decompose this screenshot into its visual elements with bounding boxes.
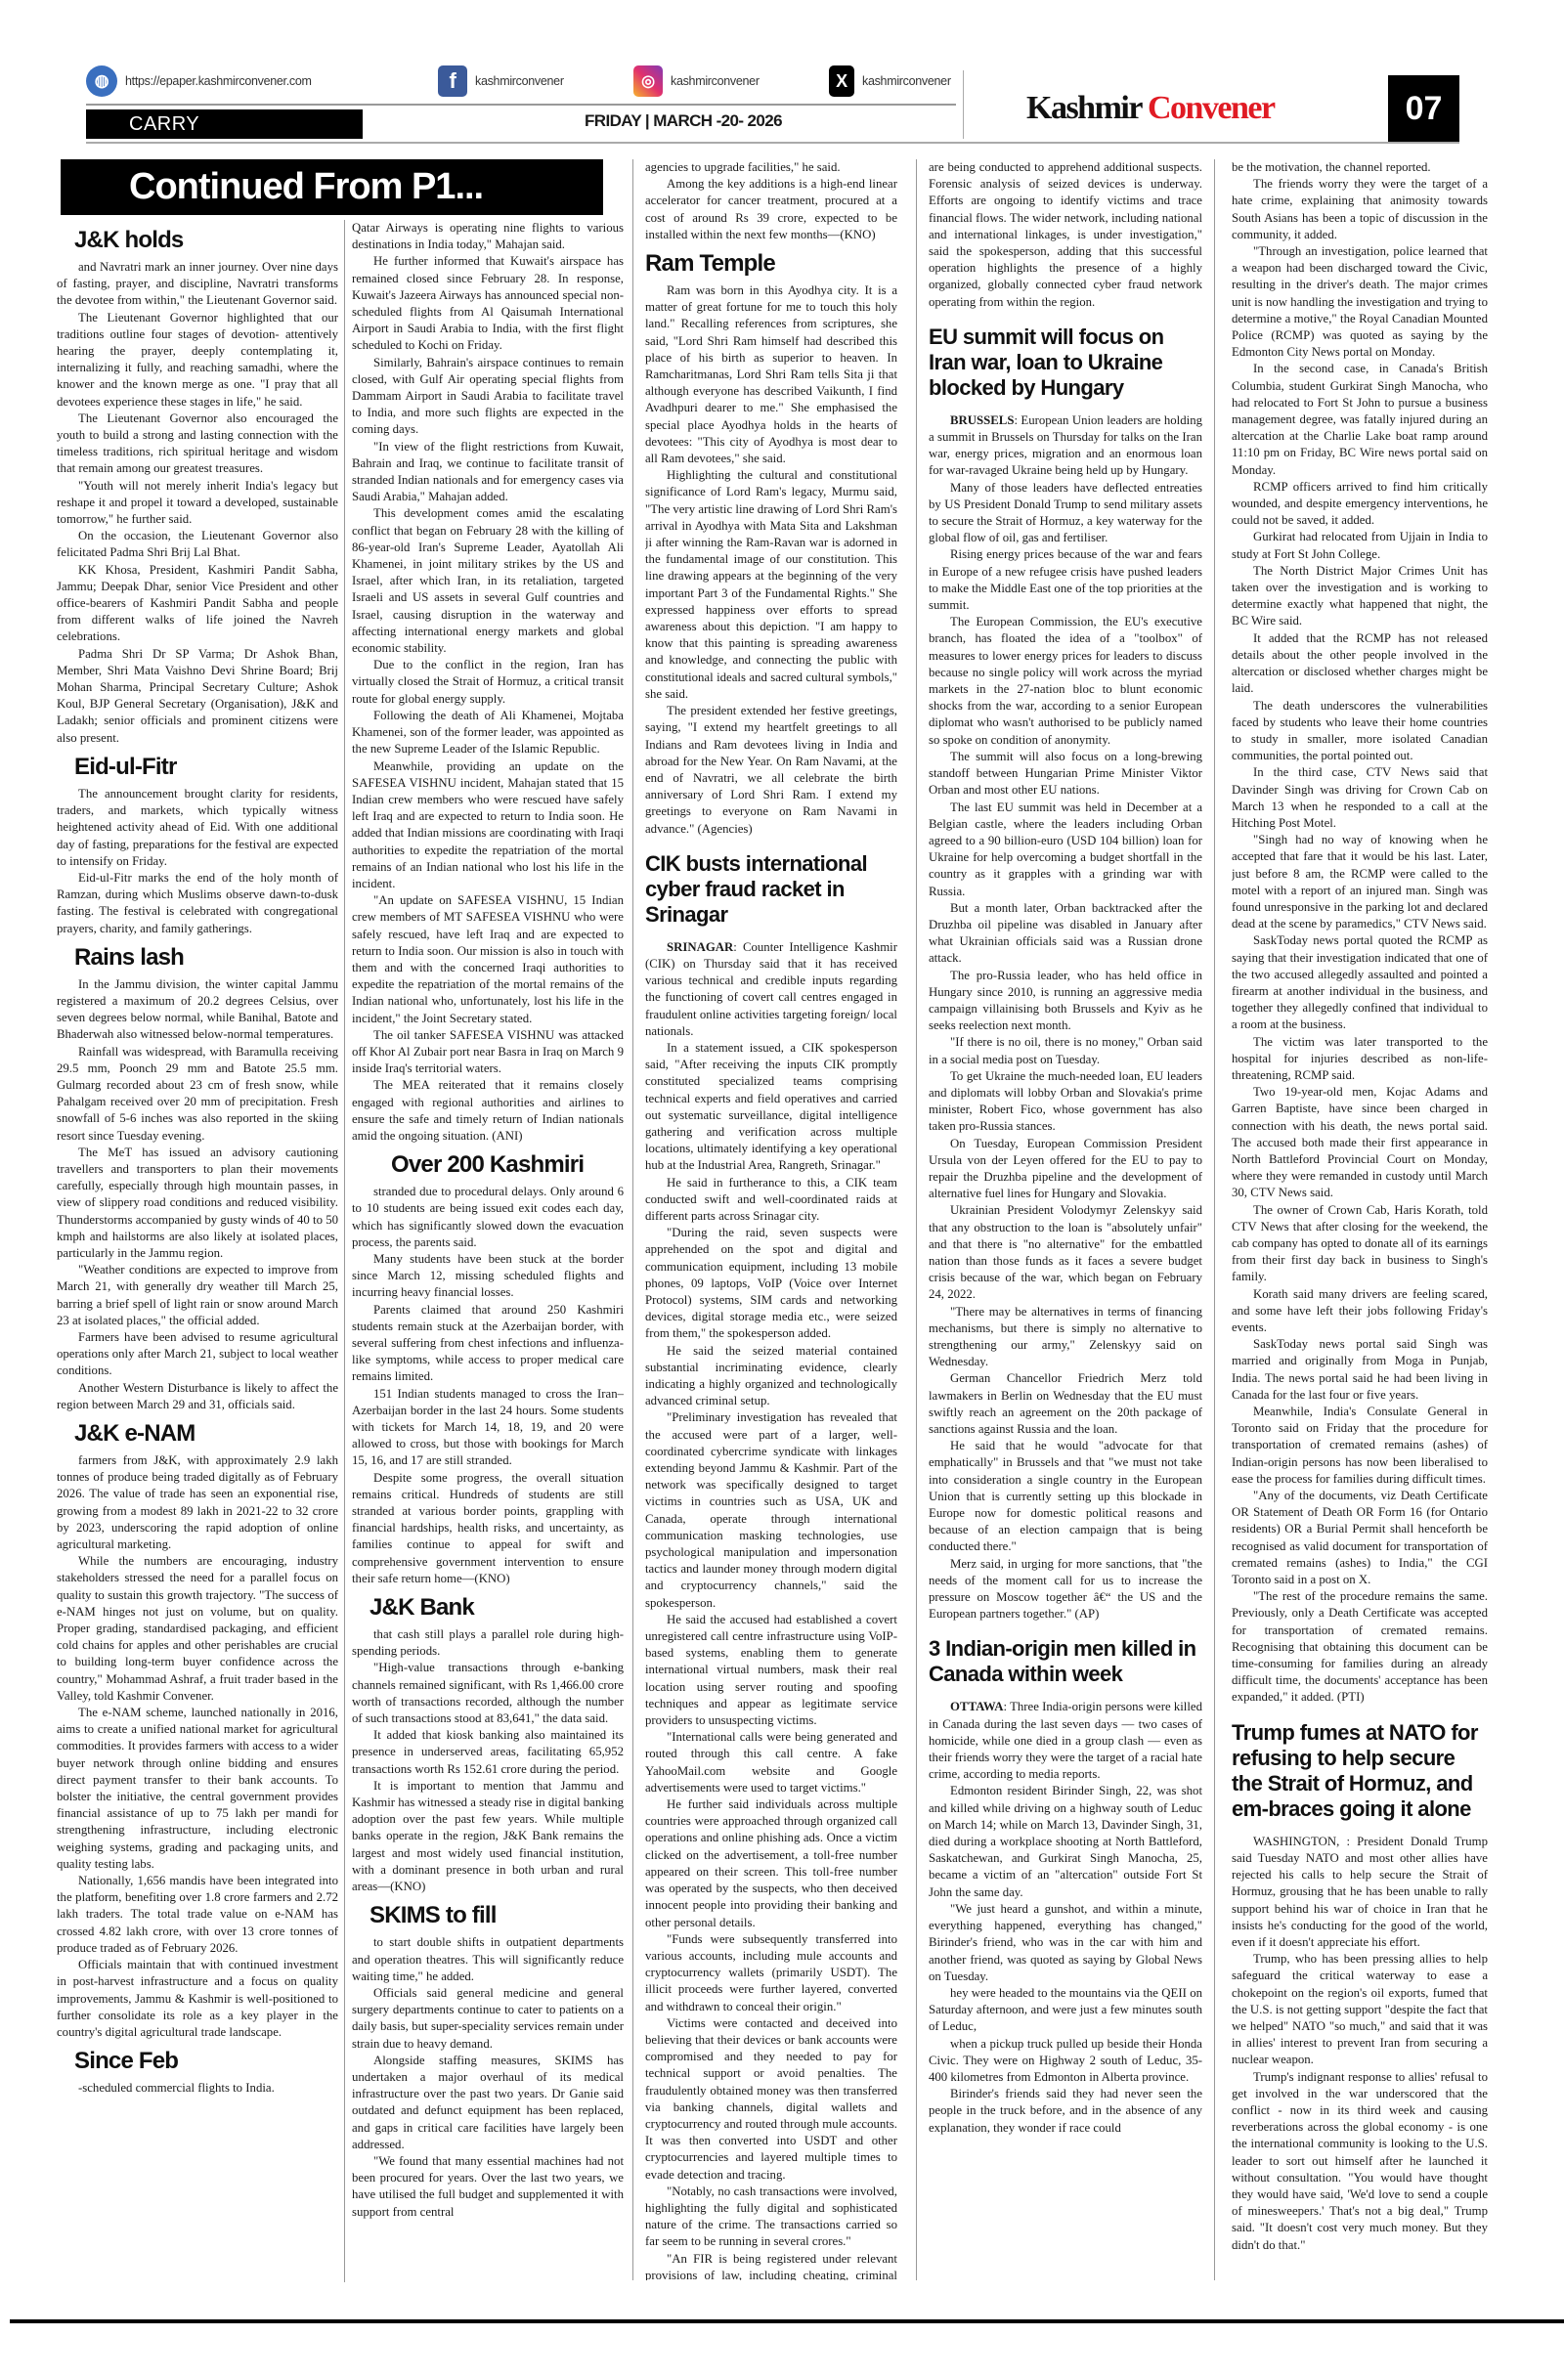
article-ram-temple: Ram was born in this Ayodhya city. It is…	[645, 282, 897, 838]
paragraph: Parents claimed that around 250 Kashmiri…	[352, 1302, 624, 1386]
paragraph: In a statement issued, a CIK spokesperso…	[645, 1040, 897, 1175]
paragraph: On Tuesday, European Commission Presiden…	[929, 1136, 1202, 1203]
paragraph: "We just heard a gunshot, and within a m…	[929, 1901, 1202, 1985]
article-skims: to start double shifts in outpatient dep…	[352, 1934, 624, 2220]
paragraph: The friends worry they were the target o…	[1232, 176, 1488, 243]
brand-second: Convener	[1148, 90, 1275, 126]
paragraph: The e-NAM scheme, launched nationally in…	[57, 1705, 338, 1873]
paragraph: "Funds were subsequently transferred int…	[645, 1931, 897, 2015]
jump-headline-enam: J&K e-NAM	[74, 1419, 338, 1449]
paragraph: "The rest of the procedure remains the s…	[1232, 1588, 1488, 1706]
paragraph: Ukrainian President Volodymyr Zelenskyy …	[929, 1202, 1202, 1303]
paragraph: It added that the RCMP has not released …	[1232, 630, 1488, 698]
page-number: 07	[1388, 75, 1459, 142]
paragraph: "We found that many essential machines h…	[352, 2153, 624, 2221]
paragraph: Rising energy prices because of the war …	[929, 546, 1202, 614]
headline-trump-nato: Trump fumes at NATO for refusing to help…	[1232, 1720, 1488, 1822]
paragraph: farmers from J&K, with approximately 2.9…	[57, 1452, 338, 1553]
dateline: SRINAGAR	[667, 940, 733, 954]
paragraph: : Counter Intelligence Kashmir (CIK) on …	[645, 940, 897, 1038]
article-trump-nato: WASHINGTON, : President Donald Trump sai…	[1232, 1834, 1488, 2254]
article-rains: In the Jammu division, the winter capita…	[57, 976, 338, 1413]
paragraph: The president extended her festive greet…	[645, 703, 897, 838]
paragraph: Victims were contacted and deceived into…	[645, 2015, 897, 2184]
paragraph: To get Ukraine the much-needed loan, EU …	[929, 1068, 1202, 1136]
paragraph: "There may be alternatives in terms of f…	[929, 1304, 1202, 1371]
paragraph: Officials said general medicine and gene…	[352, 1985, 624, 2053]
paragraph: SaskToday news portal quoted the RCMP as…	[1232, 932, 1488, 1033]
paragraph: when a pickup truck pulled up beside the…	[929, 2036, 1202, 2087]
x-link[interactable]: X kashmirconvener	[829, 65, 951, 97]
instagram-icon: ◎	[633, 65, 663, 97]
column-5: be the motivation, the channel reported.…	[1232, 159, 1488, 2280]
paragraph: Two 19-year-old men, Kojac Adams and Gar…	[1232, 1084, 1488, 1201]
dateline: OTTAWA	[950, 1700, 1004, 1713]
paragraph: He further said individuals across multi…	[645, 1796, 897, 1931]
paragraph: He said the accused had established a co…	[645, 1612, 897, 1729]
paragraph: The summit will also focus on a long-bre…	[929, 749, 1202, 800]
article-flights-continued: Qatar Airways is operating nine flights …	[352, 220, 624, 1145]
paragraph: "High-value transactions through e-banki…	[352, 1660, 624, 1727]
column-divider	[916, 159, 917, 2280]
paragraph: KK Khosa, President, Kashmiri Pandit Sab…	[57, 562, 338, 646]
jump-headline-jk-holds: J&K holds	[74, 226, 338, 255]
facebook-icon: f	[438, 65, 467, 97]
jump-headline-since-feb: Since Feb	[74, 2047, 338, 2076]
paragraph: Eid-ul-Fitr marks the end of the holy mo…	[57, 870, 338, 937]
paragraph: In the second case, in Canada's British …	[1232, 361, 1488, 478]
issue-date: FRIDAY | MARCH -20- 2026	[585, 111, 782, 131]
paragraph: to start double shifts in outpatient dep…	[352, 1934, 624, 1985]
paragraph: Merz said, in urging for more sanctions,…	[929, 1556, 1202, 1623]
website-link[interactable]: ◍ https://epaper.kashmirconvener.com	[86, 65, 438, 97]
paragraph: The last EU summit was held in December …	[929, 800, 1202, 900]
paragraph: RCMP officers arrived to find him critic…	[1232, 479, 1488, 530]
paragraph: "Youth will not merely inherit India's l…	[57, 478, 338, 529]
instagram-handle: kashmirconvener	[671, 74, 760, 88]
column-1: J&K holds and Navratri mark an inner jou…	[57, 220, 338, 2282]
jump-headline-ram-temple: Ram Temple	[645, 249, 897, 279]
paragraph: stranded due to procedural delays. Only …	[352, 1184, 624, 1251]
column-divider	[632, 159, 633, 2280]
article-since-feb: -scheduled commercial flights to India.	[57, 2080, 338, 2097]
article-cik-continued: are being conducted to apprehend additio…	[929, 159, 1202, 311]
column-4: are being conducted to apprehend additio…	[929, 159, 1202, 2280]
paragraph: Trump's indignant response to allies' re…	[1232, 2069, 1488, 2254]
paragraph: Among the key additions is a high-end li…	[645, 176, 897, 243]
article-jk-holds: and Navratri mark an inner journey. Over…	[57, 259, 338, 747]
brand-first: Kashmir	[1026, 90, 1142, 126]
paragraph: While the numbers are encouraging, indus…	[57, 1553, 338, 1705]
globe-icon: ◍	[86, 65, 117, 97]
column-divider	[344, 220, 345, 2282]
paragraph: Ram was born in this Ayodhya city. It is…	[645, 282, 897, 467]
article-enam: farmers from J&K, with approximately 2.9…	[57, 1452, 338, 2041]
paragraph: Rainfall was widespread, with Baramulla …	[57, 1044, 338, 1145]
paragraph: Similarly, Bahrain's airspace continues …	[352, 355, 624, 439]
paragraph: In the Jammu division, the winter capita…	[57, 976, 338, 1044]
paragraph: Officials maintain that with continued i…	[57, 1957, 338, 2041]
paragraph: -scheduled commercial flights to India.	[57, 2080, 338, 2097]
paragraph: The death underscores the vulnerabilitie…	[1232, 698, 1488, 765]
section-label: CARRY	[86, 109, 363, 139]
social-links-row: ◍ https://epaper.kashmirconvener.com f k…	[86, 59, 956, 106]
paragraph: Nationally, 1,656 mandis have been integ…	[57, 1873, 338, 1957]
continued-banner: Continued From P1...	[61, 159, 603, 215]
paragraph: The MEA reiterated that it remains close…	[352, 1077, 624, 1145]
paragraph: Gurkirat had relocated from Ujjain in In…	[1232, 529, 1488, 562]
paragraph: SaskToday news portal said Singh was mar…	[1232, 1336, 1488, 1404]
divider	[963, 70, 964, 139]
paragraph: "In view of the flight restrictions from…	[352, 439, 624, 506]
jump-headline-eid: Eid-ul-Fitr	[74, 753, 338, 782]
paragraph: "Singh had no way of knowing when he acc…	[1232, 832, 1488, 932]
paragraph: German Chancellor Friedrich Merz told la…	[929, 1370, 1202, 1438]
article-jk-bank: that cash still plays a parallel role du…	[352, 1626, 624, 1895]
paragraph: Edmonton resident Birinder Singh, 22, wa…	[929, 1783, 1202, 1900]
facebook-link[interactable]: f kashmirconvener	[438, 65, 633, 97]
column-divider	[1214, 159, 1215, 2280]
paragraph: "Through an investigation, police learne…	[1232, 243, 1488, 361]
paragraph: are being conducted to apprehend additio…	[929, 159, 1202, 311]
facebook-handle: kashmirconvener	[475, 74, 564, 88]
headline-eu-summit: EU summit will focus on Iran war, loan t…	[929, 325, 1202, 401]
paragraph: Despite some progress, the overall situa…	[352, 1470, 624, 1587]
x-icon: X	[829, 65, 854, 97]
paragraph: The announcement brought clarity for res…	[57, 786, 338, 870]
masthead: ◍ https://epaper.kashmirconvener.com f k…	[0, 0, 1564, 147]
paragraph: 151 Indian students managed to cross the…	[352, 1386, 624, 1470]
paragraph: It added that kiosk banking also maintai…	[352, 1727, 624, 1778]
paragraph: that cash still plays a parallel role du…	[352, 1626, 624, 1660]
paragraph: Due to the conflict in the region, Iran …	[352, 657, 624, 708]
paragraph: In the third case, CTV News said that Da…	[1232, 764, 1488, 832]
paragraph: The European Commission, the EU's execut…	[929, 614, 1202, 749]
paragraph: Another Western Disturbance is likely to…	[57, 1380, 338, 1413]
paragraph: He said that he would "advocate for that…	[929, 1438, 1202, 1555]
paragraph: He further informed that Kuwait's airspa…	[352, 253, 624, 354]
paragraph: Alongside staffing measures, SKIMS has u…	[352, 2053, 624, 2153]
paragraph: Korath said many drivers are feeling sca…	[1232, 1286, 1488, 1337]
paragraph: Highlighting the cultural and constituti…	[645, 467, 897, 703]
paragraph: Following the death of Ali Khamenei, Moj…	[352, 708, 624, 758]
article-eu-summit: BRUSSELS: European Union leaders are hol…	[929, 412, 1202, 1623]
paragraph: agencies to upgrade facilities," he said…	[645, 159, 897, 176]
paragraph: and Navratri mark an inner journey. Over…	[57, 259, 338, 310]
website-url: https://epaper.kashmirconvener.com	[125, 74, 312, 88]
paragraph: The Lieutenant Governor highlighted that…	[57, 310, 338, 411]
paragraph: Padma Shri Dr SP Varma; Dr Ashok Bhan, M…	[57, 646, 338, 747]
instagram-link[interactable]: ◎ kashmirconvener	[633, 65, 829, 97]
paragraph: Farmers have been advised to resume agri…	[57, 1329, 338, 1380]
jump-headline-kashmiri: Over 200 Kashmiri	[391, 1150, 624, 1180]
paragraph: "Weather conditions are expected to impr…	[57, 1262, 338, 1329]
article-canada-killings: OTTAWA: Three India-origin persons were …	[929, 1699, 1202, 2136]
x-handle: kashmirconvener	[862, 74, 951, 88]
paragraph: Meanwhile, providing an update on the SA…	[352, 758, 624, 893]
article-canada-continued: be the motivation, the channel reported.…	[1232, 159, 1488, 1707]
paragraph: The MeT has issued an advisory cautionin…	[57, 1145, 338, 1262]
paragraph: Many students have been stuck at the bor…	[352, 1251, 624, 1302]
paragraph: He said in furtherance to this, a CIK te…	[645, 1175, 897, 1226]
paragraph: The pro-Russia leader, who has held offi…	[929, 968, 1202, 1035]
paragraph: The North District Major Crimes Unit has…	[1232, 563, 1488, 630]
article-skims-continued: agencies to upgrade facilities," he said…	[645, 159, 897, 243]
paragraph: It is important to mention that Jammu an…	[352, 1778, 624, 1895]
paragraph: The victim was later transported to the …	[1232, 1034, 1488, 1085]
paragraph: The oil tanker SAFESEA VISHNU was attack…	[352, 1027, 624, 1078]
column-2: Qatar Airways is operating nine flights …	[352, 220, 624, 2282]
newspaper-logo: KashmirConvener	[1026, 90, 1275, 127]
paragraph: But a month later, Orban backtracked aft…	[929, 900, 1202, 968]
article-cik-cyber-fraud: SRINAGAR: Counter Intelligence Kashmir (…	[645, 939, 897, 2280]
paragraph: be the motivation, the channel reported.	[1232, 159, 1488, 176]
column-3: agencies to upgrade facilities," he said…	[645, 159, 897, 2280]
paragraph: "An update on SAFESEA VISHNU, 15 Indian …	[352, 892, 624, 1027]
paragraph: Trump, who has been pressing allies to h…	[1232, 1951, 1488, 2068]
paragraph: Birinder's friends said they had never s…	[929, 2086, 1202, 2137]
paragraph: On the occasion, the Lieutenant Governor…	[57, 528, 338, 561]
paragraph: "Preliminary investigation has revealed …	[645, 1409, 897, 1611]
paragraph: "International calls were being generate…	[645, 1729, 897, 1796]
footer-rule	[10, 2319, 1564, 2323]
paragraph: Qatar Airways is operating nine flights …	[352, 220, 624, 253]
paragraph: He said the seized material contained su…	[645, 1343, 897, 1410]
paragraph: Meanwhile, India's Consulate General in …	[1232, 1404, 1488, 1488]
divider	[86, 142, 1459, 144]
paragraph: The Lieutenant Governor also encouraged …	[57, 411, 338, 478]
jump-headline-jk-bank: J&K Bank	[369, 1593, 624, 1623]
article-kashmiri-students: stranded due to procedural delays. Only …	[352, 1184, 624, 1587]
paragraph: "Notably, no cash transactions were invo…	[645, 2184, 897, 2251]
jump-headline-skims: SKIMS to fill	[369, 1901, 624, 1930]
paragraph: "Any of the documents, viz Death Certifi…	[1232, 1488, 1488, 1588]
jump-headline-rains: Rains lash	[74, 943, 338, 973]
paragraph: "An FIR is being registered under releva…	[645, 2251, 897, 2280]
paragraph: hey were headed to the mountains via the…	[929, 1985, 1202, 2036]
dateline: BRUSSELS	[950, 413, 1014, 427]
paragraph: WASHINGTON, : President Donald Trump sai…	[1232, 1834, 1488, 1951]
paragraph: "If there is no oil, there is no money,"…	[929, 1034, 1202, 1067]
paragraph: "During the raid, seven suspects were ap…	[645, 1225, 897, 1342]
paragraph: The owner of Crown Cab, Haris Korath, to…	[1232, 1202, 1488, 1286]
headline-cik-cyber-fraud: CIK busts international cyber fraud rack…	[645, 851, 897, 928]
article-eid: The announcement brought clarity for res…	[57, 786, 338, 937]
paragraph: Many of those leaders have deflected ent…	[929, 480, 1202, 547]
paragraph: This development comes amid the escalati…	[352, 505, 624, 657]
headline-canada-killings: 3 Indian-origin men killed in Canada wit…	[929, 1636, 1202, 1687]
